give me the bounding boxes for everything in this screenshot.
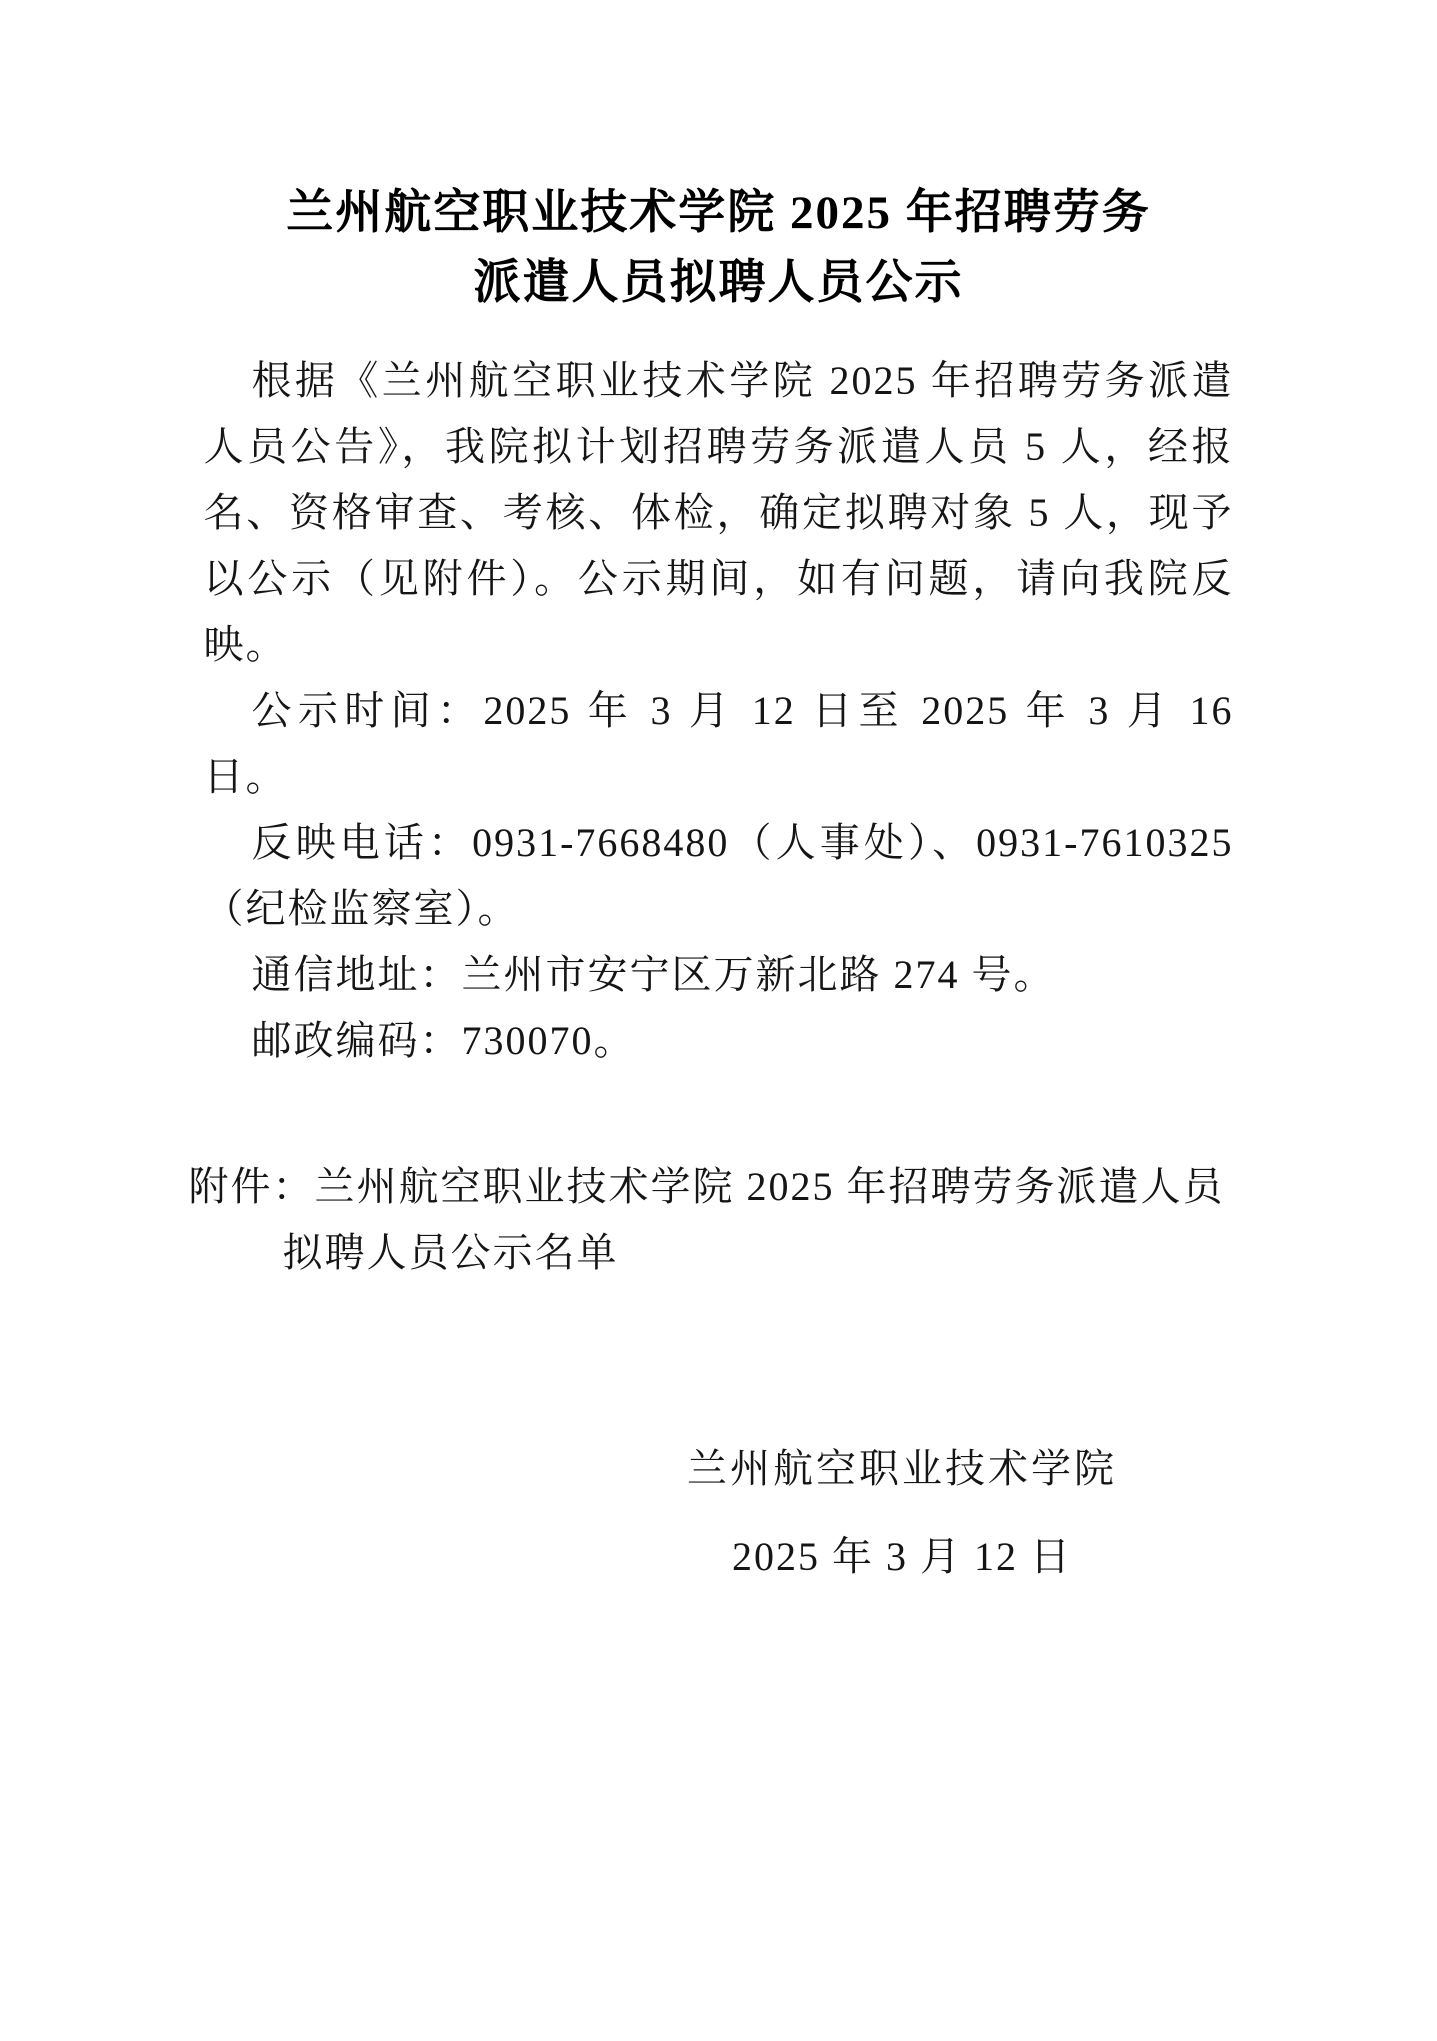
paragraph-publicity-period: 公示时间：2025 年 3 月 12 日至 2025 年 3 月 16 日。 [204, 678, 1234, 810]
attachment-line1: 附件：兰州航空职业技术学院 2025 年招聘劳务派遣人员 [189, 1154, 1249, 1220]
attachment-section: 附件：兰州航空职业技术学院 2025 年招聘劳务派遣人员 拟聘人员公示名单 [189, 1154, 1249, 1286]
signature-date: 2025 年 3 月 12 日 [687, 1524, 1117, 1590]
paragraph-mailing-address: 通信地址：兰州市安宁区万新北路 274 号。 [204, 942, 1234, 1008]
paragraph-postal-code: 邮政编码：730070。 [204, 1008, 1234, 1074]
signature-organization: 兰州航空职业技术学院 [687, 1436, 1117, 1502]
document-page: 兰州航空职业技术学院 2025 年招聘劳务 派遣人员拟聘人员公示 根据《兰州航空… [0, 0, 1437, 2041]
paragraph-intro: 根据《兰州航空职业技术学院 2025 年招聘劳务派遣人员公告》，我院拟计划招聘劳… [204, 348, 1234, 678]
attachment-line2: 拟聘人员公示名单 [283, 1220, 1249, 1286]
signature-block: 兰州航空职业技术学院 2025 年 3 月 12 日 [687, 1436, 1117, 1590]
document-title-line2: 派遣人员拟聘人员公示 [0, 248, 1437, 318]
document-body: 根据《兰州航空职业技术学院 2025 年招聘劳务派遣人员公告》，我院拟计划招聘劳… [204, 348, 1234, 1074]
document-title-line1: 兰州航空职业技术学院 2025 年招聘劳务 [0, 178, 1437, 248]
paragraph-feedback-phone: 反映电话：0931-7668480（人事处）、0931-7610325（纪检监察… [204, 810, 1234, 942]
document-title: 兰州航空职业技术学院 2025 年招聘劳务 派遣人员拟聘人员公示 [0, 178, 1437, 318]
